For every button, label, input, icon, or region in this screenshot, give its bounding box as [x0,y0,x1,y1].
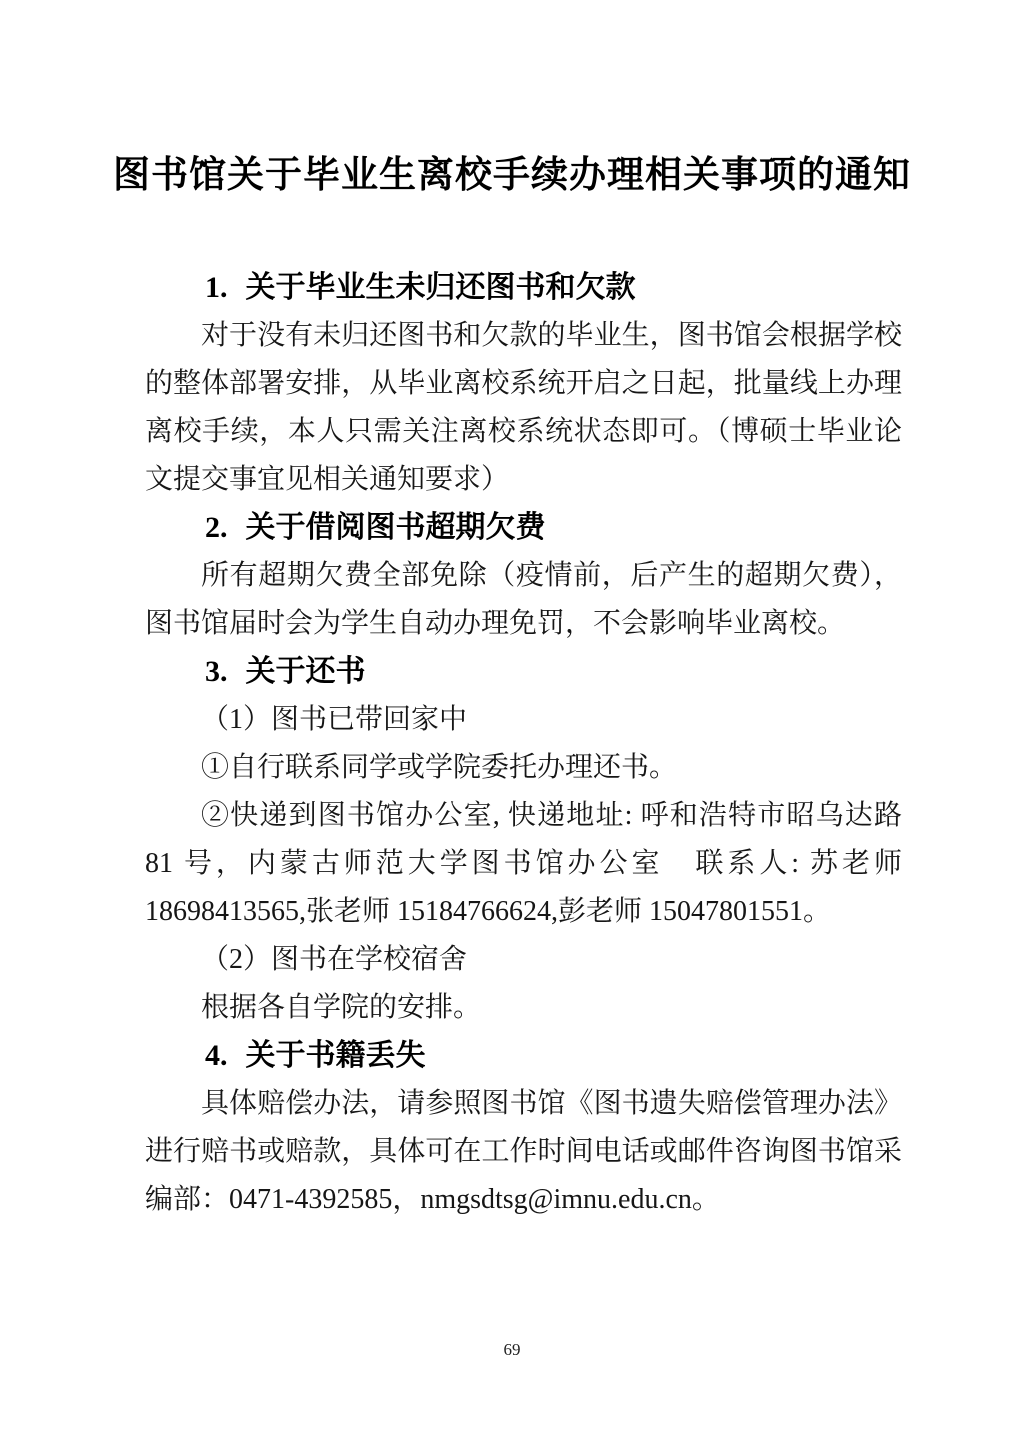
paragraph: ①自行联系同学或学院委托办理还书。 [145,744,902,792]
section-overdue-fees: 2.关于借阅图书超期欠费 所有超期欠费全部免除（疫情前，后产生的超期欠费），图书… [145,504,902,648]
section-returning-books: 3.关于还书 （1）图书已带回家中 ①自行联系同学或学院委托办理还书。 ②快递到… [145,648,902,1032]
section-heading-text: 关于借阅图书超期欠费 [246,511,546,544]
paragraph: （1）图书已带回家中 [145,696,902,744]
paragraph: 根据各自学院的安排。 [145,984,902,1032]
page-title: 图书馆关于毕业生离校手续办理相关事项的通知 [0,146,1024,206]
section-lost-books: 4.关于书籍丢失 具体赔偿办法，请参照图书馆《图书遗失赔偿管理办法》进行赔书或赔… [145,1032,902,1224]
paragraph: （2）图书在学校宿舍 [145,936,902,984]
section-number: 1. [205,271,228,304]
document-body: 1.关于毕业生未归还图书和欠款 对于没有未归还图书和欠款的毕业生，图书馆会根据学… [145,264,902,1224]
section-heading: 4.关于书籍丢失 [145,1032,902,1080]
document-page: 图书馆关于毕业生离校手续办理相关事项的通知 1.关于毕业生未归还图书和欠款 对于… [0,0,1024,1448]
section-number: 3. [205,655,228,688]
paragraph: 对于没有未归还图书和欠款的毕业生，图书馆会根据学校的整体部署安排，从毕业离校系统… [145,312,902,504]
paragraph: 所有超期欠费全部免除（疫情前，后产生的超期欠费），图书馆届时会为学生自动办理免罚… [145,552,902,648]
paragraph: ②快递到图书馆办公室, 快递地址: 呼和浩特市昭乌达路 81 号，内蒙古师范大学… [145,792,902,936]
paragraph: 具体赔偿办法，请参照图书馆《图书遗失赔偿管理办法》进行赔书或赔款，具体可在工作时… [145,1080,902,1224]
section-number: 2. [205,511,228,544]
section-heading-text: 关于书籍丢失 [246,1039,426,1072]
section-unreturned-books: 1.关于毕业生未归还图书和欠款 对于没有未归还图书和欠款的毕业生，图书馆会根据学… [145,264,902,504]
section-number: 4. [205,1039,228,1072]
page-number: 69 [0,1340,1024,1360]
section-heading-text: 关于还书 [246,655,366,688]
section-heading: 2.关于借阅图书超期欠费 [145,504,902,552]
section-heading-text: 关于毕业生未归还图书和欠款 [246,271,636,304]
section-heading: 3.关于还书 [145,648,902,696]
section-heading: 1.关于毕业生未归还图书和欠款 [145,264,902,312]
